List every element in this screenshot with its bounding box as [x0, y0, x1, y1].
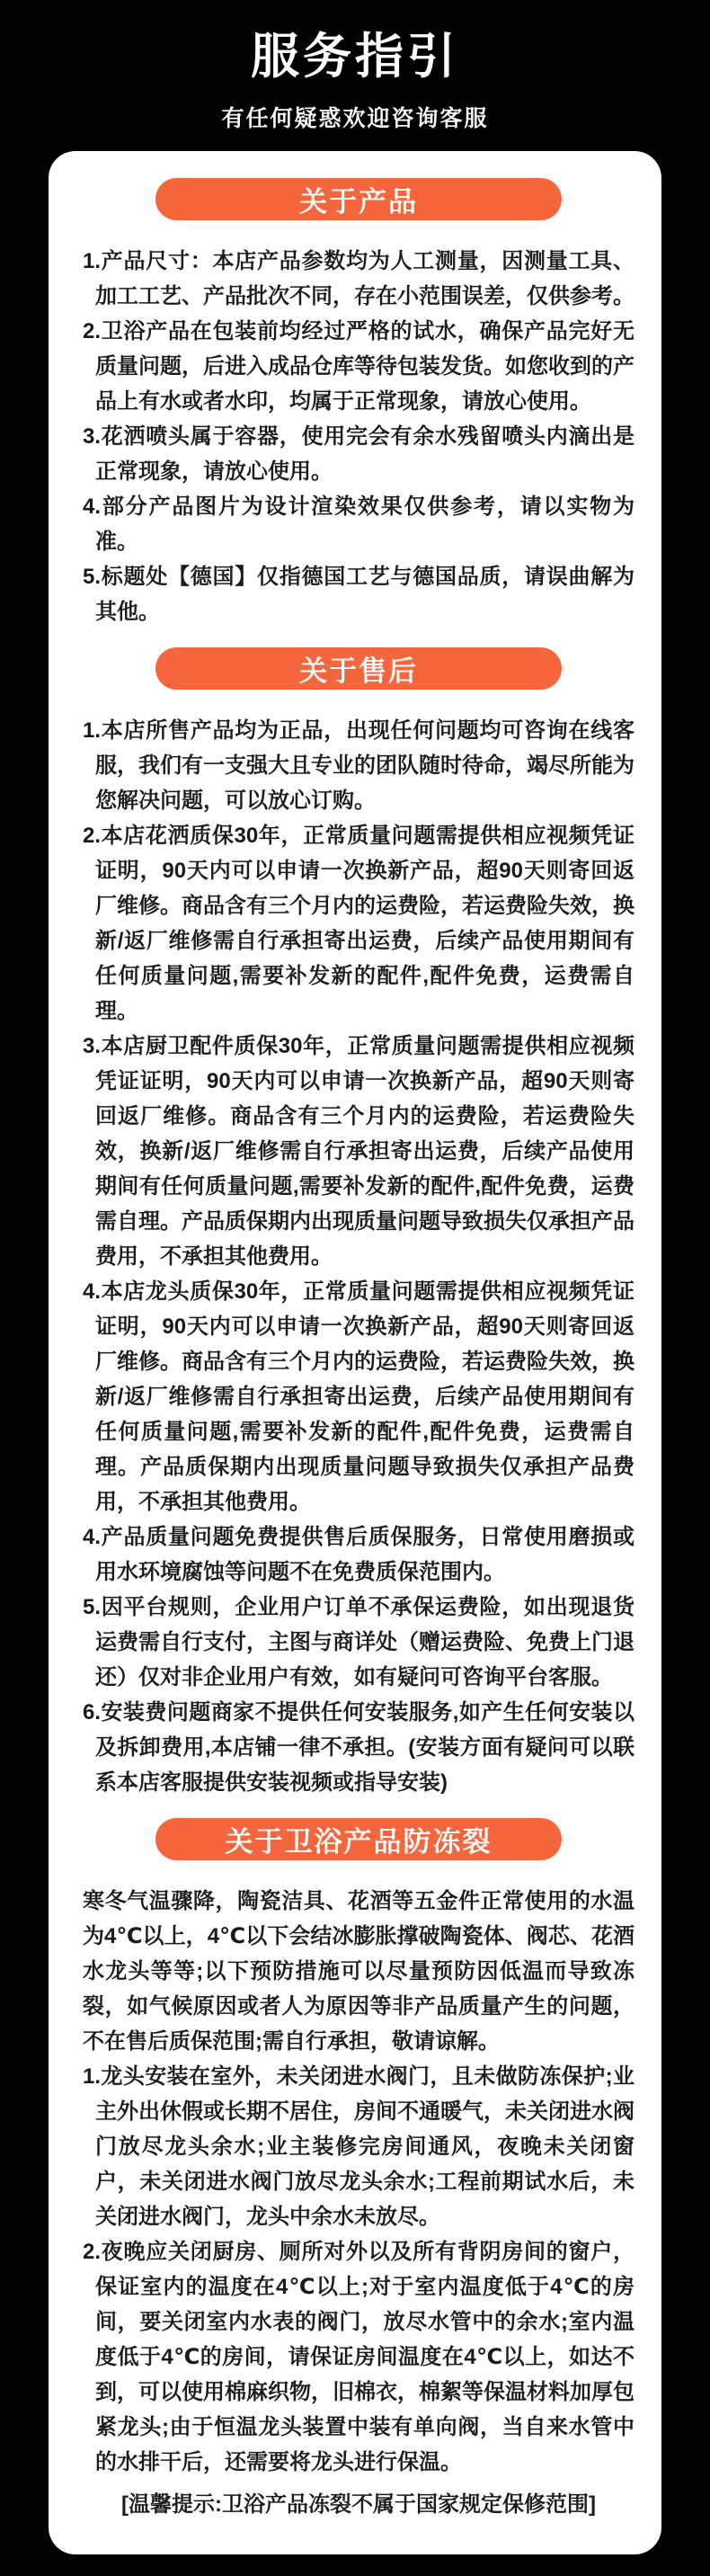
list-item: 4.本店龙头质保30年，正常质量问题需提供相应视频凭证证明，90天内可以申请一次…: [83, 1274, 635, 1520]
antifreeze-list: 1.龙头安装在室外，未关闭进水阀门，且未做防冻保护;业主外出休假或长期不居住，房…: [83, 2059, 635, 2480]
list-item: 3.本店厨卫配件质保30年，正常质量问题需提供相应视频凭证证明，90天内可以申请…: [83, 1029, 635, 1274]
list-item: 4.产品质量问题免费提供售后质保服务，日常使用磨损或用水环境腐蚀等问题不在免费质…: [83, 1520, 635, 1590]
section-header-banner: 关于售后: [155, 647, 562, 690]
list-item: 6.安装费问题商家不提供任何安装服务,如产生任何安装以及拆卸费用,本店铺一律不承…: [83, 1695, 635, 1800]
section-header-text: 关于售后: [299, 648, 418, 689]
page-title: 服务指引: [0, 29, 710, 85]
page-header: 服务指引 有任何疑惑欢迎咨询客服: [0, 0, 710, 133]
section-header-banner: 关于卫浴产品防冻裂: [155, 1818, 562, 1860]
list-item: 2.本店花洒质保30年，正常质量问题需提供相应视频凭证证明，90天内可以申请一次…: [83, 818, 635, 1029]
antifreeze-intro-paragraph: 寒冬气温骤降，陶瓷洁具、花酒等五金件正常使用的水温为4℃以上，4℃以下会结冰膨胀…: [83, 1884, 635, 2059]
content-card: 关于产品 1.产品尺寸：本店产品参数均为人工测量，因测量工具、加工工艺、产品批次…: [49, 151, 661, 2554]
section-header-text: 关于卫浴产品防冻裂: [226, 1819, 493, 1859]
list-item: 5.因平台规则，企业用户订单不承保运费险，如出现退货运费需自行支付，主图与商详处…: [83, 1590, 635, 1695]
list-item: 1.本店所售产品均为正品，出现任何问题均可咨询在线客服，我们有一支强大且专业的团…: [83, 713, 635, 818]
section-antifreeze: 关于卫浴产品防冻裂 寒冬气温骤降，陶瓷洁具、花酒等五金件正常使用的水温为4℃以上…: [83, 1818, 635, 2522]
list-item: 3.花洒喷头属于容器，使用完会有余水残留喷头内滴出是正常现象，请放心使用。: [83, 419, 635, 489]
list-item: 2.夜晚应关闭厨房、厕所对外以及所有背阴房间的窗户，保证室内的温度在4℃以上;对…: [83, 2234, 635, 2480]
section-header-text: 关于产品: [299, 179, 418, 219]
section-after-sales: 关于售后 1.本店所售产品均为正品，出现任何问题均可咨询在线客服，我们有一支强大…: [83, 647, 635, 1800]
page-subtitle: 有任何疑惑欢迎咨询客服: [0, 101, 710, 133]
warm-tip-note: [温馨提示:卫浴产品冻裂不属于国家规定保修范围]: [83, 2487, 635, 2522]
about-product-list: 1.产品尺寸：本店产品参数均为人工测量，因测量工具、加工工艺、产品批次不同，存在…: [83, 244, 635, 629]
list-item: 1.龙头安装在室外，未关闭进水阀门，且未做防冻保护;业主外出休假或长期不居住，房…: [83, 2059, 635, 2234]
list-item: 1.产品尺寸：本店产品参数均为人工测量，因测量工具、加工工艺、产品批次不同，存在…: [83, 244, 635, 314]
section-about-product: 关于产品 1.产品尺寸：本店产品参数均为人工测量，因测量工具、加工工艺、产品批次…: [83, 178, 635, 629]
after-sales-list: 1.本店所售产品均为正品，出现任何问题均可咨询在线客服，我们有一支强大且专业的团…: [83, 713, 635, 1800]
list-item: 5.标题处【德国】仅指德国工艺与德国品质，请误曲解为其他。: [83, 559, 635, 629]
list-item: 2.卫浴产品在包装前均经过严格的试水，确保产品完好无质量问题，后进入成品仓库等待…: [83, 314, 635, 419]
page-background: 服务指引 有任何疑惑欢迎咨询客服 关于产品 1.产品尺寸：本店产品参数均为人工测…: [0, 0, 710, 2576]
section-header-banner: 关于产品: [155, 178, 562, 220]
list-item: 4.部分产品图片为设计渲染效果仅供参考，请以实物为准。: [83, 489, 635, 559]
